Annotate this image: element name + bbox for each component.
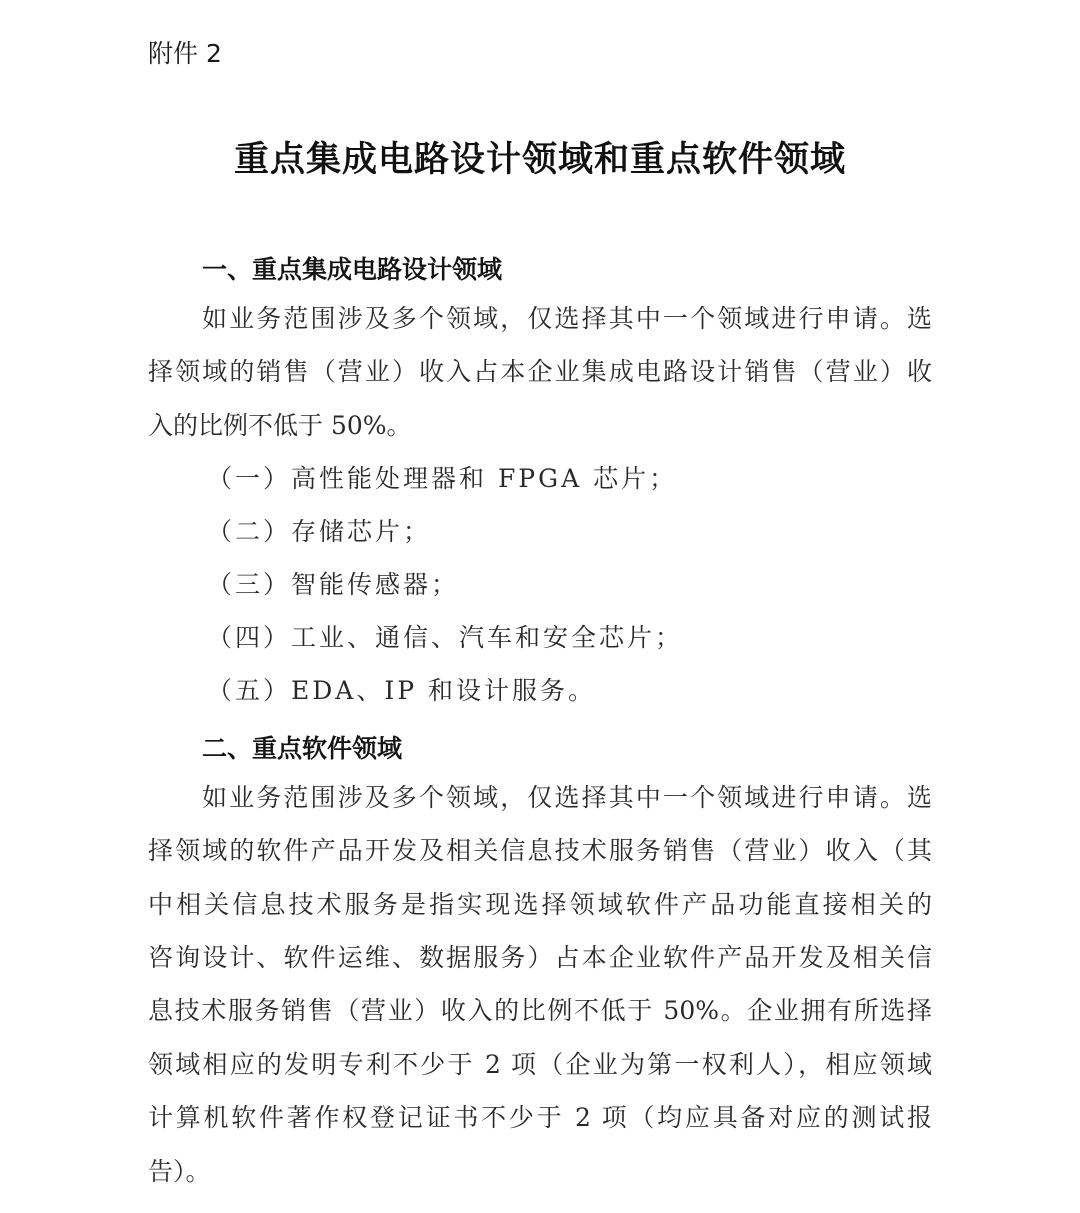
paragraph-line: 领域相应的发明专利不少于 2 项（企业为第一权利人），相应领域 bbox=[148, 1050, 932, 1080]
paragraph-line: 如业务范围涉及多个领域，仅选择其中一个领域进行申请。选 bbox=[202, 783, 932, 813]
list-item: （一）高性能处理器和 FPGA 芯片； bbox=[207, 464, 677, 494]
paragraph-line: 咨询设计、软件运维、数据服务）占本企业软件产品开发及相关信 bbox=[148, 943, 932, 973]
section-heading-ic-design: 一、重点集成电路设计领域 bbox=[202, 250, 502, 286]
paragraph-line: 告）。 bbox=[148, 1157, 932, 1187]
paragraph-line: 择领域的软件产品开发及相关信息技术服务销售（营业）收入（其 bbox=[148, 836, 932, 866]
paragraph-line: 入的比例不低于 50%。 bbox=[148, 411, 932, 441]
paragraph-line: 计算机软件著作权登记证书不少于 2 项（均应具备对应的测试报 bbox=[148, 1103, 932, 1133]
section-heading-software: 二、重点软件领域 bbox=[202, 729, 402, 765]
list-item: （四）工业、通信、汽车和安全芯片； bbox=[207, 623, 683, 653]
paragraph-line: 择领域的销售（营业）收入占本企业集成电路设计销售（营业）收 bbox=[148, 357, 932, 387]
paragraph-line: 中相关信息技术服务是指实现选择领域软件产品功能直接相关的 bbox=[148, 890, 932, 920]
paragraph-line: 息技术服务销售（营业）收入的比例不低于 50%。企业拥有所选择 bbox=[148, 996, 932, 1026]
list-item: （三）智能传感器； bbox=[207, 570, 459, 600]
document-title: 重点集成电路设计领域和重点软件领域 bbox=[0, 132, 1080, 182]
attachment-label: 附件 2 bbox=[148, 34, 222, 70]
list-item: （五）EDA、IP 和设计服务。 bbox=[207, 676, 596, 706]
list-item: （二）存储芯片； bbox=[207, 517, 431, 547]
paragraph-line: 如业务范围涉及多个领域，仅选择其中一个领域进行申请。选 bbox=[202, 304, 932, 334]
